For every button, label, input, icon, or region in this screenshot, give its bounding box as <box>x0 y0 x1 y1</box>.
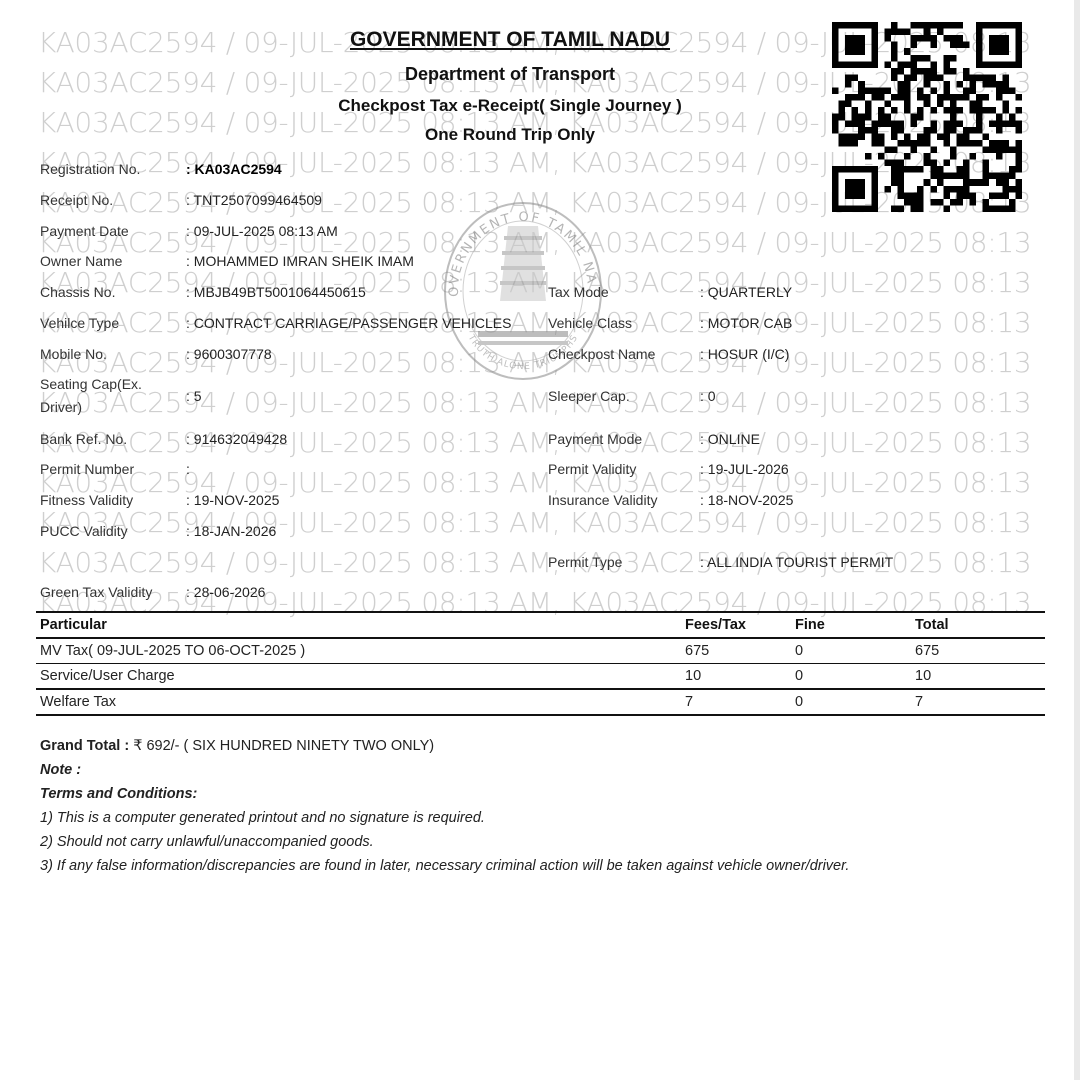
permit-type-value: : ALL INDIA TOURIST PERMIT <box>700 554 893 570</box>
green-tax-validity-label: Green Tax Validity <box>40 584 152 600</box>
header-total: Total <box>915 617 1035 633</box>
registration-value: : KA03AC2594 <box>186 161 282 177</box>
fitness-validity-label: Fitness Validity <box>40 492 133 508</box>
mobile-no-value: : 9600307778 <box>186 346 272 362</box>
table-row: Welfare Tax 7 0 7 <box>36 690 1045 714</box>
cell-fine: 0 <box>795 668 915 684</box>
pucc-validity-label: PUCC Validity <box>40 523 128 539</box>
sleeper-cap-value: : 0 <box>700 388 716 404</box>
fitness-validity-value: : 19-NOV-2025 <box>186 492 279 508</box>
department-title: Department of Transport <box>300 64 720 85</box>
term-item: 1) This is a computer generated printout… <box>40 810 485 826</box>
seating-cap-label-line2: Driver) <box>40 399 82 415</box>
grand-total-label: Grand Total : <box>40 738 129 754</box>
cell-total: 675 <box>915 643 1035 659</box>
term-item: 2) Should not carry unlawful/unaccompani… <box>40 834 374 850</box>
permit-validity-value: : 19-JUL-2026 <box>700 461 789 477</box>
cell-total: 7 <box>915 694 1035 710</box>
insurance-validity-value: : 18-NOV-2025 <box>700 492 793 508</box>
payment-date-label: Payment Date <box>40 223 129 239</box>
mobile-no-label: Mobile No. <box>40 346 107 362</box>
vehicle-type-label: Vehilce Type <box>40 315 119 331</box>
grand-total: Grand Total : ₹ 692/- ( SIX HUNDRED NINE… <box>40 738 434 754</box>
cell-fees-tax: 675 <box>685 643 795 659</box>
term-item: 3) If any false information/discrepancie… <box>40 858 849 874</box>
note-label: Note : <box>40 762 81 778</box>
cell-fees-tax: 7 <box>685 694 795 710</box>
checkpost-name-label: Checkpost Name <box>548 346 655 362</box>
table-row: Service/User Charge 10 0 10 <box>36 664 1045 688</box>
permit-validity-label: Permit Validity <box>548 461 636 477</box>
table-row: MV Tax( 09-JUL-2025 TO 06-OCT-2025 ) 675… <box>36 639 1045 663</box>
terms-title: Terms and Conditions: <box>40 786 197 802</box>
table-rule <box>36 714 1045 716</box>
receipt-title: Checkpost Tax e-Receipt( Single Journey … <box>300 96 720 116</box>
government-title: GOVERNMENT OF TAMIL NADU <box>300 28 720 52</box>
grand-total-value: ₹ 692/- ( SIX HUNDRED NINETY TWO ONLY) <box>133 738 434 754</box>
cell-particular: Service/User Charge <box>36 668 685 684</box>
vehicle-class-value: : MOTOR CAB <box>700 315 792 331</box>
permit-number-value: : <box>186 461 190 477</box>
header-fine: Fine <box>795 617 915 633</box>
pucc-validity-value: : 18-JAN-2026 <box>186 523 276 539</box>
receipt-page: KA03AC2594 / 09-JUL-2025 08:13 AM, KA03A… <box>0 0 1080 1080</box>
table-header-row: Particular Fees/Tax Fine Total <box>36 613 1045 637</box>
checkpost-name-value: : HOSUR (I/C) <box>700 346 789 362</box>
header-fees-tax: Fees/Tax <box>685 617 795 633</box>
owner-name-value: : MOHAMMED IMRAN SHEIK IMAM <box>186 253 414 269</box>
cell-particular: Welfare Tax <box>36 694 685 710</box>
green-tax-validity-value: : 28-06-2026 <box>186 584 265 600</box>
owner-name-label: Owner Name <box>40 253 122 269</box>
vehicle-type-value: : CONTRACT CARRIAGE/PASSENGER VEHICLES <box>186 315 511 331</box>
cell-total: 10 <box>915 668 1035 684</box>
registration-label: Registration No. <box>40 161 140 177</box>
cell-particular: MV Tax( 09-JUL-2025 TO 06-OCT-2025 ) <box>36 643 685 659</box>
sleeper-cap-label: Sleeper Cap. <box>548 388 630 404</box>
cell-fine: 0 <box>795 643 915 659</box>
header-particular: Particular <box>36 617 685 633</box>
payment-date-value: : 09-JUL-2025 08:13 AM <box>186 223 338 239</box>
receipt-no-label: Receipt No. <box>40 192 113 208</box>
fee-table: Particular Fees/Tax Fine Total MV Tax( 0… <box>36 611 1045 716</box>
vehicle-class-label: Vehicle Class <box>548 315 632 331</box>
tax-mode-value: : QUARTERLY <box>700 284 792 300</box>
payment-mode-value: : ONLINE <box>700 431 760 447</box>
trip-note: One Round Trip Only <box>300 125 720 145</box>
chassis-no-value: : MBJB49BT5001064450615 <box>186 284 366 300</box>
bank-ref-value: : 914632049428 <box>186 431 287 447</box>
seating-cap-label-line1: Seating Cap(Ex. <box>40 376 142 392</box>
receipt-no-value: : TNT2507099464509 <box>186 192 322 208</box>
permit-type-label: Permit Type <box>548 554 622 570</box>
chassis-no-label: Chassis No. <box>40 284 115 300</box>
page-edge <box>1074 0 1080 1080</box>
payment-mode-label: Payment Mode <box>548 431 642 447</box>
permit-number-label: Permit Number <box>40 461 134 477</box>
cell-fees-tax: 10 <box>685 668 795 684</box>
tax-mode-label: Tax Mode <box>548 284 609 300</box>
bank-ref-label: Bank Ref. No. <box>40 431 127 447</box>
qr-code-icon <box>832 22 1022 212</box>
insurance-validity-label: Insurance Validity <box>548 492 657 508</box>
seating-cap-value: : 5 <box>186 388 202 404</box>
cell-fine: 0 <box>795 694 915 710</box>
